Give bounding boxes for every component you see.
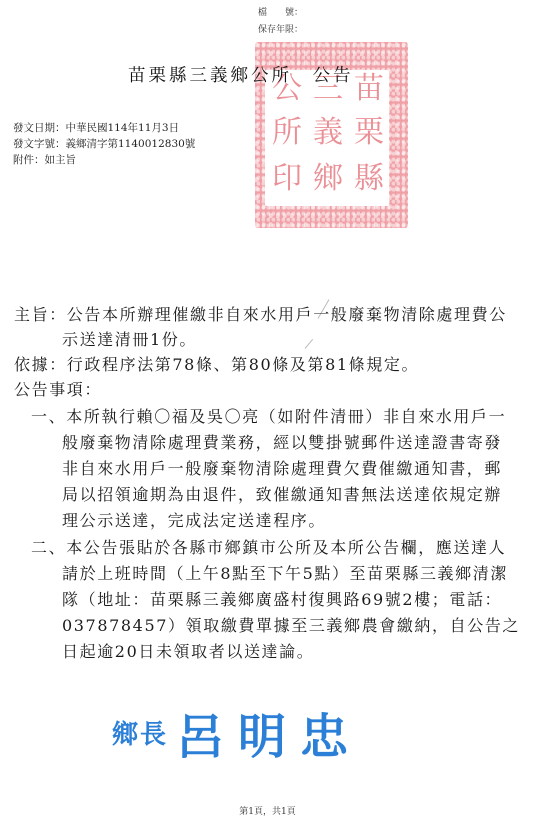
item-line: 日起逾20日未領取者以送達論。 bbox=[62, 639, 314, 664]
document-number: 發文字號：義鄉清字第1140012830號 bbox=[13, 136, 195, 152]
item-line: 局以招領逾期為由退件，致催繳通知書無法送達依規定辦 bbox=[62, 482, 502, 507]
items-heading: 公告事項： bbox=[14, 377, 102, 402]
seal-glyph: 義 bbox=[310, 116, 346, 150]
item-line: 037878457）領取繳費單據至三義鄉農會繳納，自公告之 bbox=[62, 613, 520, 638]
document-title: 苗栗縣三義鄉公所 公告 bbox=[128, 62, 354, 87]
seal-inner-field: 苗 栗 縣 三 義 鄉 公 所 印 bbox=[265, 70, 389, 206]
issue-date: 發文日期：中華民國114年11月3日 bbox=[13, 120, 195, 136]
item-line: 非自來水用戶一般廢棄物清除處理費欠費催繳通知書，郵 bbox=[62, 456, 502, 481]
seal-glyph: 縣 bbox=[351, 162, 387, 196]
subject-line-1: 主旨：公告本所辦理催繳非自來水用戶一般廢棄物清除處理費公 bbox=[14, 302, 507, 327]
retention-period-label: 保存年限： bbox=[258, 23, 303, 38]
seal-glyph: 苗 bbox=[351, 72, 387, 106]
seal-glyph: 栗 bbox=[351, 116, 387, 150]
seal-glyph: 鄉 bbox=[310, 162, 346, 196]
signature-title: 鄉長 bbox=[112, 720, 168, 750]
subject-line-2: 示送達清冊1份。 bbox=[62, 327, 197, 352]
document-meta: 發文日期：中華民國114年11月3日 發文字號：義鄉清字第1140012830號… bbox=[13, 120, 195, 168]
item-line: 二、本公告張貼於各縣市鄉鎮市公所及本所公告欄，應送達人 bbox=[31, 535, 506, 560]
signature-stamp: 鄉長呂明忠 bbox=[112, 698, 362, 767]
basis: 依據：行政程序法第78條、第80條及第81條規定。 bbox=[14, 352, 419, 377]
file-number-label: 檔 號： bbox=[258, 6, 303, 21]
signature-name: 呂明忠 bbox=[176, 709, 362, 765]
item-line: 理公示送達，完成法定送達程序。 bbox=[62, 508, 326, 533]
seal-glyph: 印 bbox=[269, 162, 305, 196]
page-number: 第1頁，共1頁 bbox=[0, 804, 535, 817]
seal-glyph: 所 bbox=[269, 116, 305, 150]
item-line: 般廢棄物清除處理費業務，經以雙掛號郵件送達證書寄發 bbox=[62, 430, 502, 455]
item-line: 一、本所執行賴〇福及吳〇亮（如附件清冊）非自來水用戶一 bbox=[31, 404, 506, 429]
scan-mark bbox=[305, 339, 313, 349]
attachment: 附件：如主旨 bbox=[13, 152, 195, 168]
item-line: 請於上班時間（上午8點至下午5點）至苗栗縣三義鄉清潔 bbox=[62, 561, 508, 586]
item-line: 隊（地址：苗栗縣三義鄉廣盛村復興路69號2樓；電話： bbox=[62, 587, 502, 612]
